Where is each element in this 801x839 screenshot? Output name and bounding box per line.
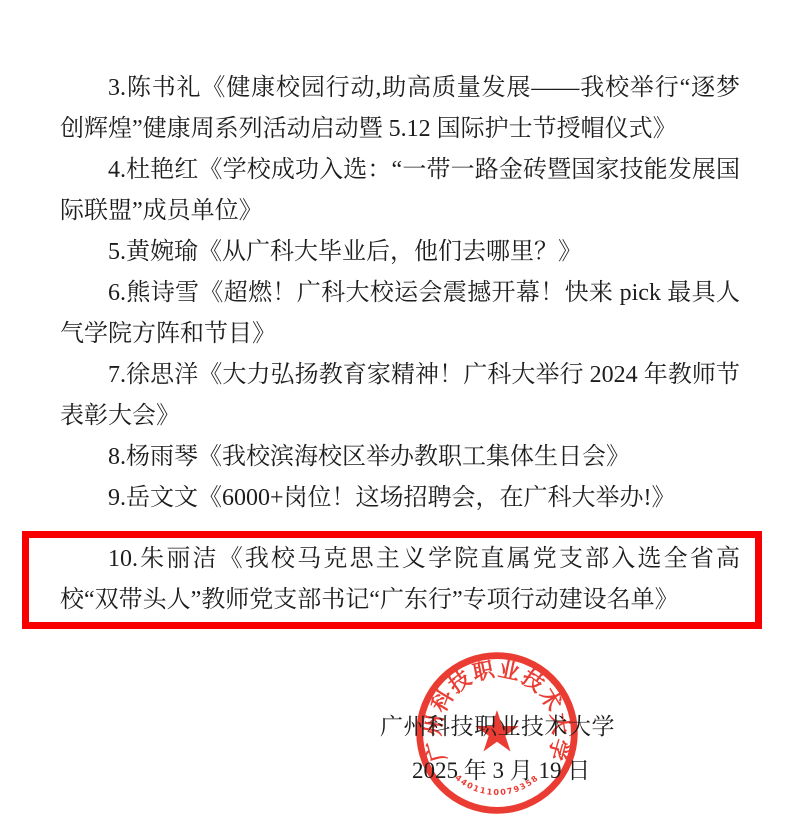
signature-date: 2025 年 3 月 19 日 bbox=[412, 752, 590, 785]
list-item-9: 9.岳文文《6000+岗位！这场招聘会，在广科大举办!》 bbox=[60, 478, 740, 519]
signature-org: 广州科技职业技术大学 bbox=[380, 708, 615, 741]
highlight-box: 10.朱丽洁《我校马克思主义学院直属党支部入选全省高校“双带头人”教师党支部书记… bbox=[22, 531, 762, 629]
list-item-7: 7.徐思洋《大力弘扬教育家精神！广科大举行 2024 年教师节表彰大会》 bbox=[60, 355, 740, 437]
document-page: 3.陈书礼《健康校园行动,助高质量发展——我校举行“逐梦创辉煌”健康周系列活动启… bbox=[0, 0, 801, 839]
list-item-5: 5.黄婉瑜《从广科大毕业后，他们去哪里？》 bbox=[60, 232, 740, 273]
article-list: 3.陈书礼《健康校园行动,助高质量发展——我校举行“逐梦创辉煌”健康周系列活动启… bbox=[60, 68, 740, 629]
list-item-6: 6.熊诗雪《超燃！广科大校运会震撼开幕！快来 pick 最具人气学院方阵和节目》 bbox=[60, 273, 740, 355]
list-item-4: 4.杜艳红《学校成功入选：“一带一路金砖暨国家技能发展国际联盟”成员单位》 bbox=[60, 150, 740, 232]
list-item-10-highlighted: 10.朱丽洁《我校马克思主义学院直属党支部入选全省高校“双带头人”教师党支部书记… bbox=[60, 539, 740, 621]
list-item-3: 3.陈书礼《健康校园行动,助高质量发展——我校举行“逐梦创辉煌”健康周系列活动启… bbox=[60, 68, 740, 150]
list-item-8: 8.杨雨琴《我校滨海校区举办教职工集体生日会》 bbox=[60, 437, 740, 478]
